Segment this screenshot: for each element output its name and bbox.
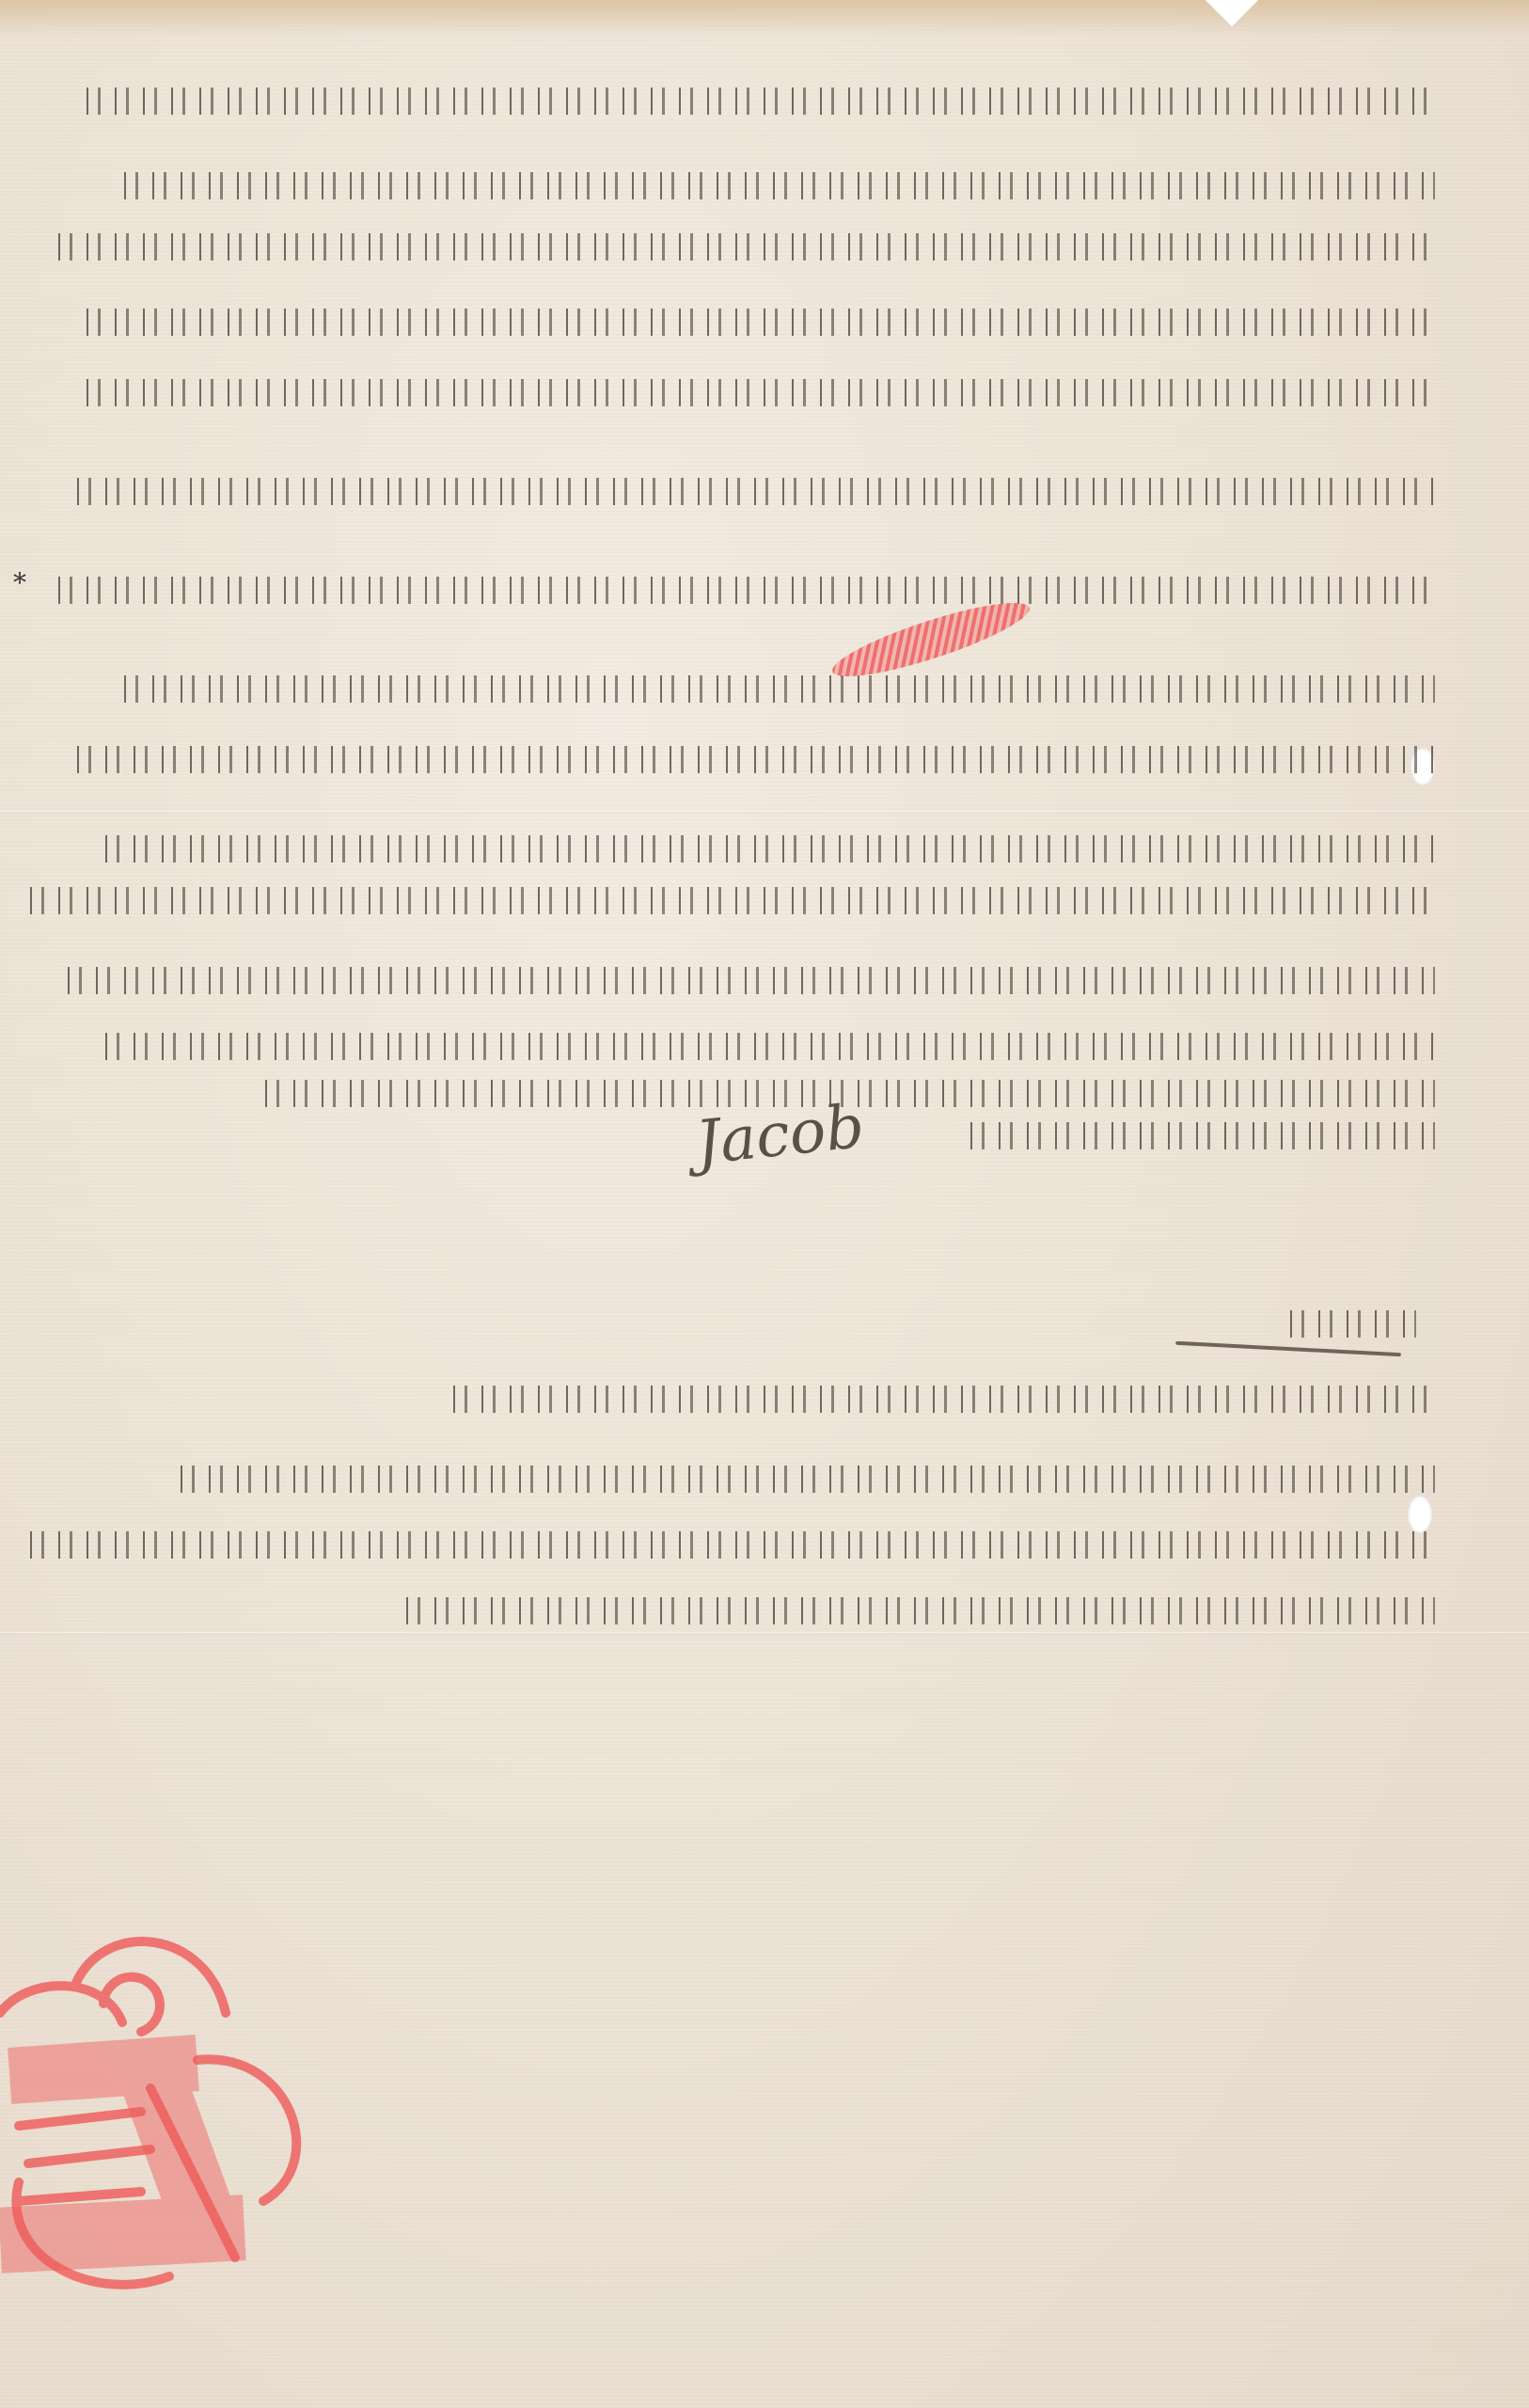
handwritten-line: [illegible handwritten line] <box>62 950 1435 999</box>
handwritten-line: [illegible handwritten line] <box>53 216 1435 265</box>
handwritten-line: [illegible handwritten line] <box>118 155 1435 204</box>
handwritten-line: [illegible handwritten line] <box>965 1105 1435 1154</box>
handwritten-line: [illegible handwritten line] <box>175 1449 1435 1497</box>
handwritten-line: [illegible handwritten line, marked with… <box>53 560 1435 609</box>
handwritten-line: [illegible handwritten line] <box>24 870 1435 919</box>
handwritten-line: [illegible handwritten line] <box>71 729 1435 778</box>
fold-crease <box>0 811 1529 814</box>
handwritten-line: [illegible handwritten line] <box>81 292 1435 341</box>
handwritten-line: [illegible handwritten line] <box>448 1369 1435 1418</box>
handwritten-line: [illegible handwritten line] <box>81 71 1435 119</box>
handwritten-line: [illegible handwritten line] <box>401 1580 1435 1629</box>
heading-underline <box>1175 1341 1401 1357</box>
handwritten-line: [illegible handwritten line] <box>81 362 1435 411</box>
red-crayon-flourish <box>0 1900 320 2314</box>
handwritten-line: [illegible handwritten line] <box>24 1514 1435 1563</box>
asterisk-mark: * <box>13 567 26 598</box>
postscript-heading: [illegible short heading] <box>1285 1293 1416 1342</box>
handwritten-line: [illegible handwritten line] <box>71 461 1435 510</box>
handwritten-line: [illegible handwritten line] <box>118 658 1435 707</box>
handwritten-line: [illegible handwritten line] <box>100 818 1435 867</box>
fold-crease <box>0 1632 1529 1635</box>
handwritten-line: [illegible handwritten line] <box>100 1016 1435 1065</box>
letter-page: [illegible handwritten line] [illegible … <box>0 0 1529 2408</box>
torn-top-edge <box>0 0 1529 38</box>
